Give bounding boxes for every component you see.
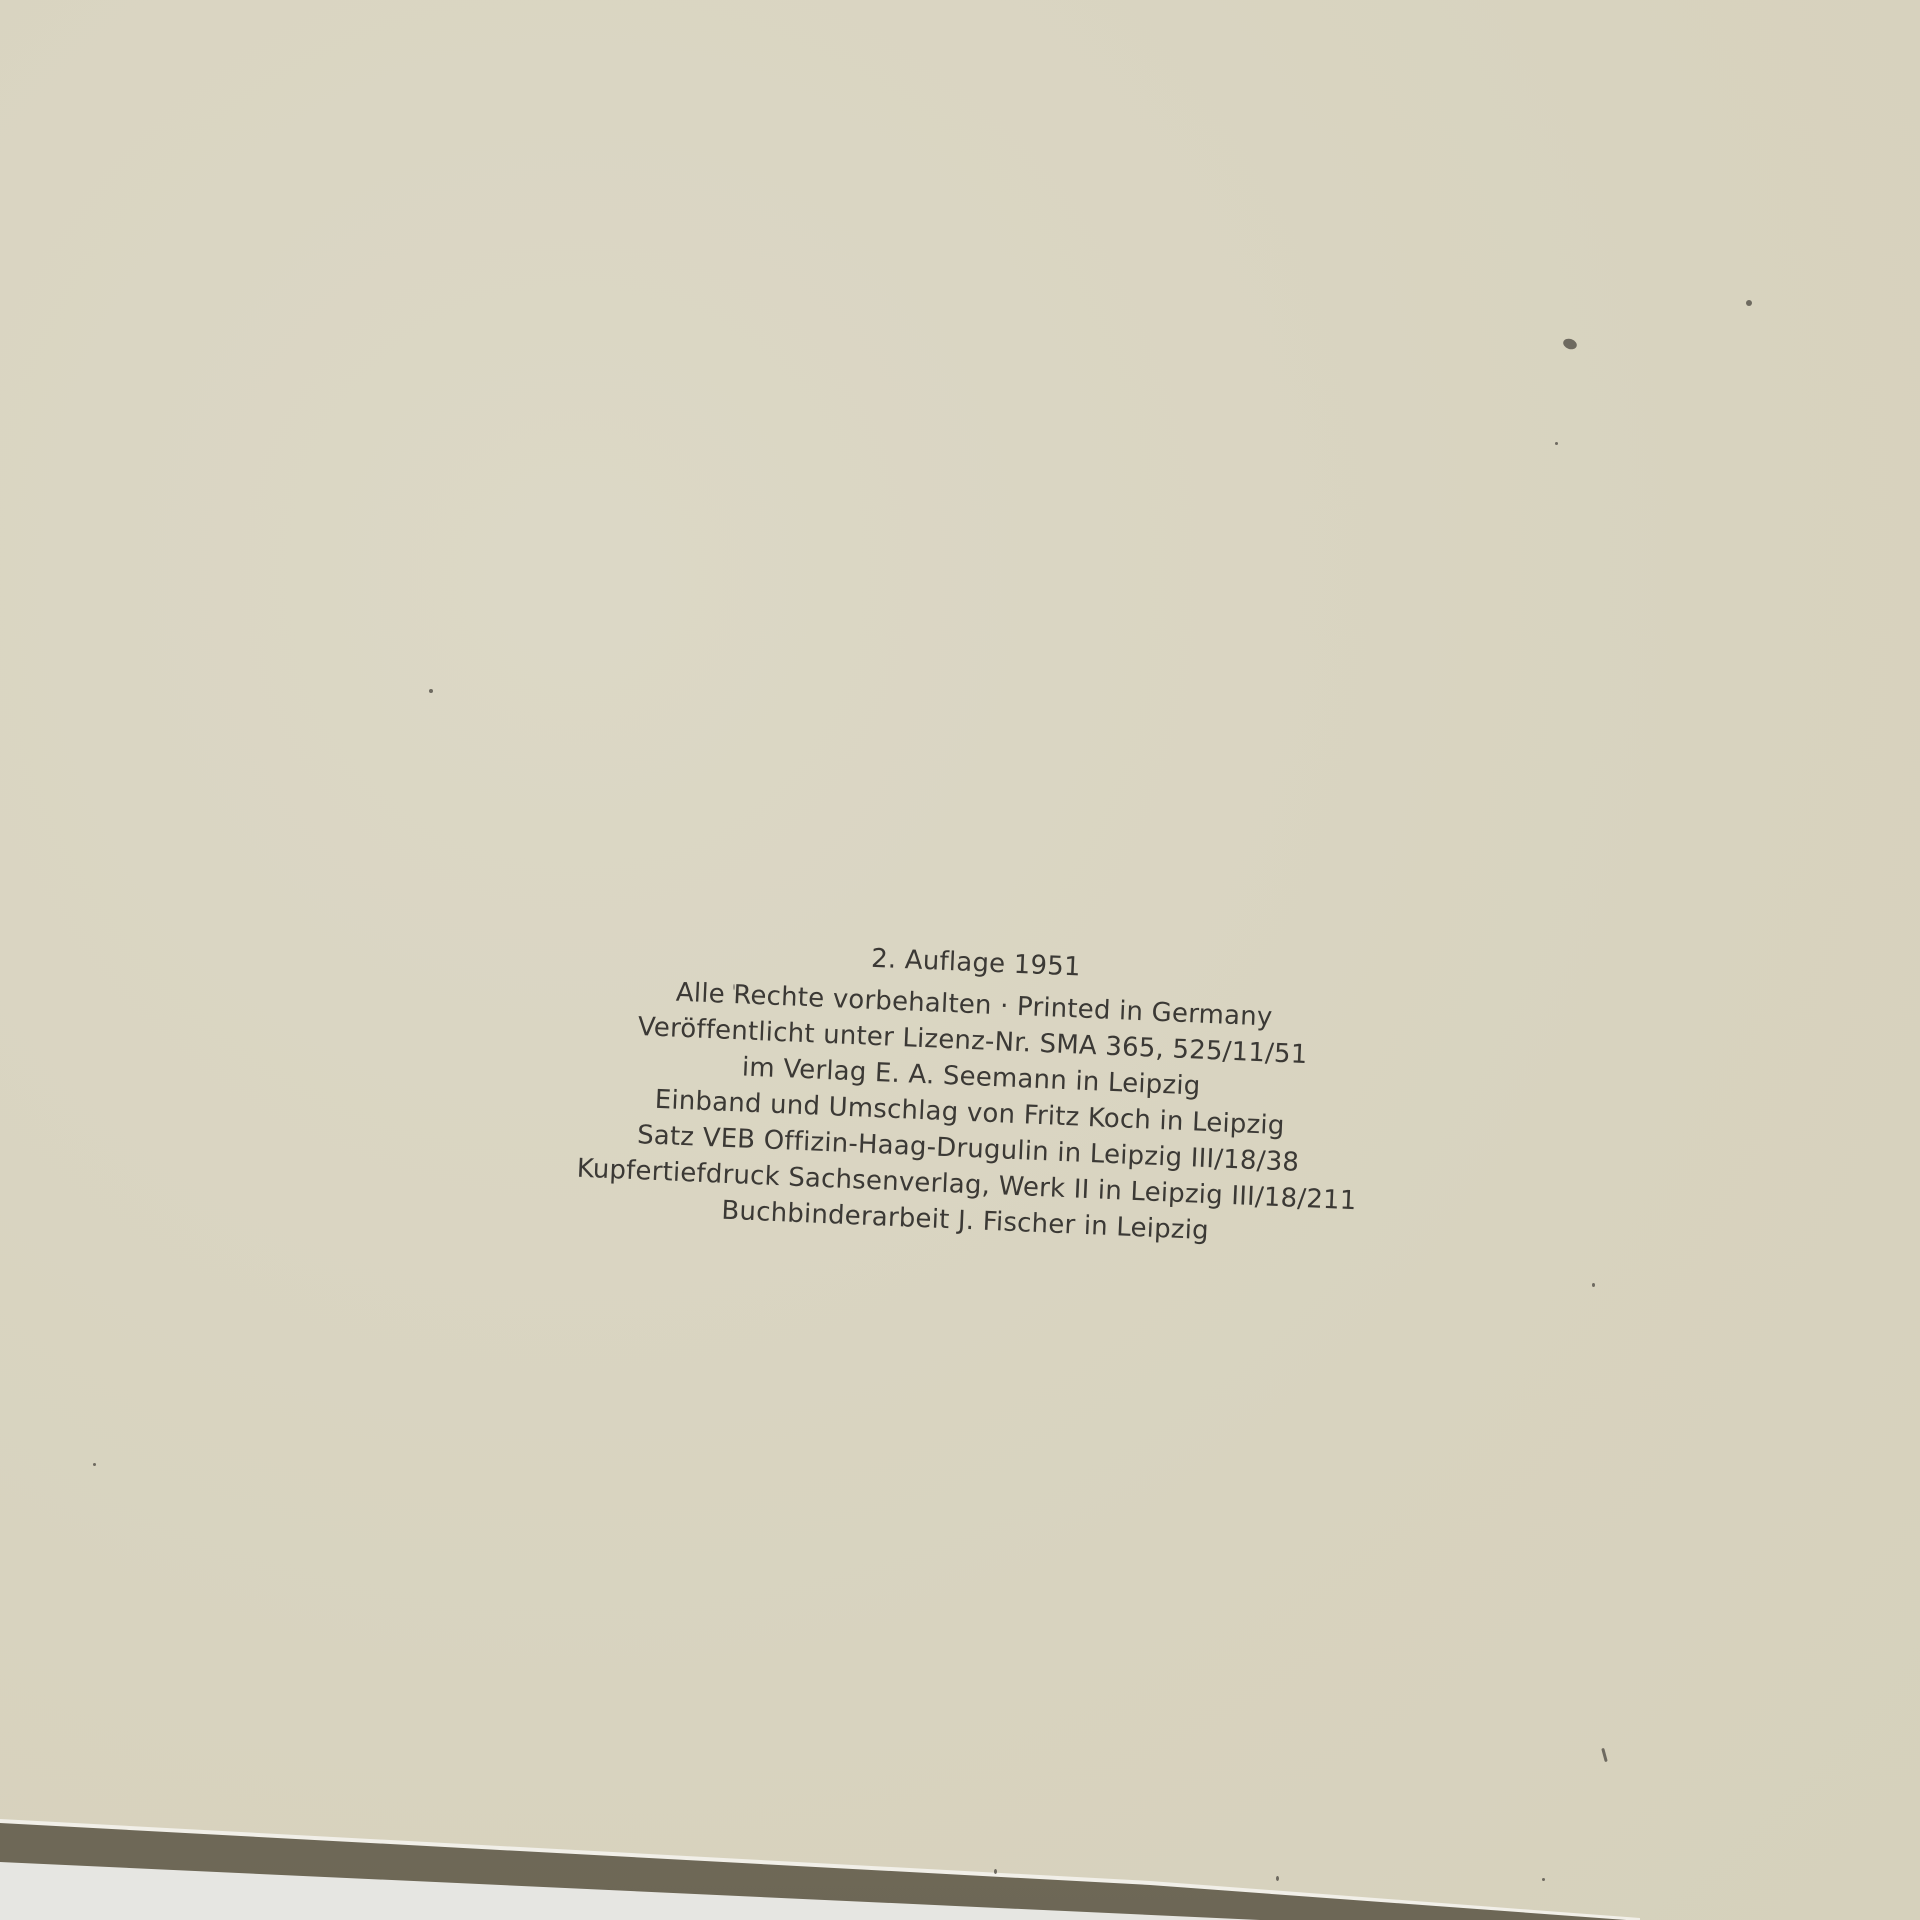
dust-speck [994, 1869, 997, 1874]
dust-speck [1542, 1878, 1545, 1881]
dust-speck [93, 1463, 96, 1466]
dust-speck [1276, 1876, 1279, 1881]
dust-speck [1592, 1283, 1595, 1287]
dust-speck [429, 689, 433, 693]
dust-speck [1555, 442, 1558, 445]
colophon-imprint: 2. Auflage 1951 Alle Rechte vorbehalten … [515, 926, 1427, 1257]
dust-speck [1746, 300, 1752, 306]
